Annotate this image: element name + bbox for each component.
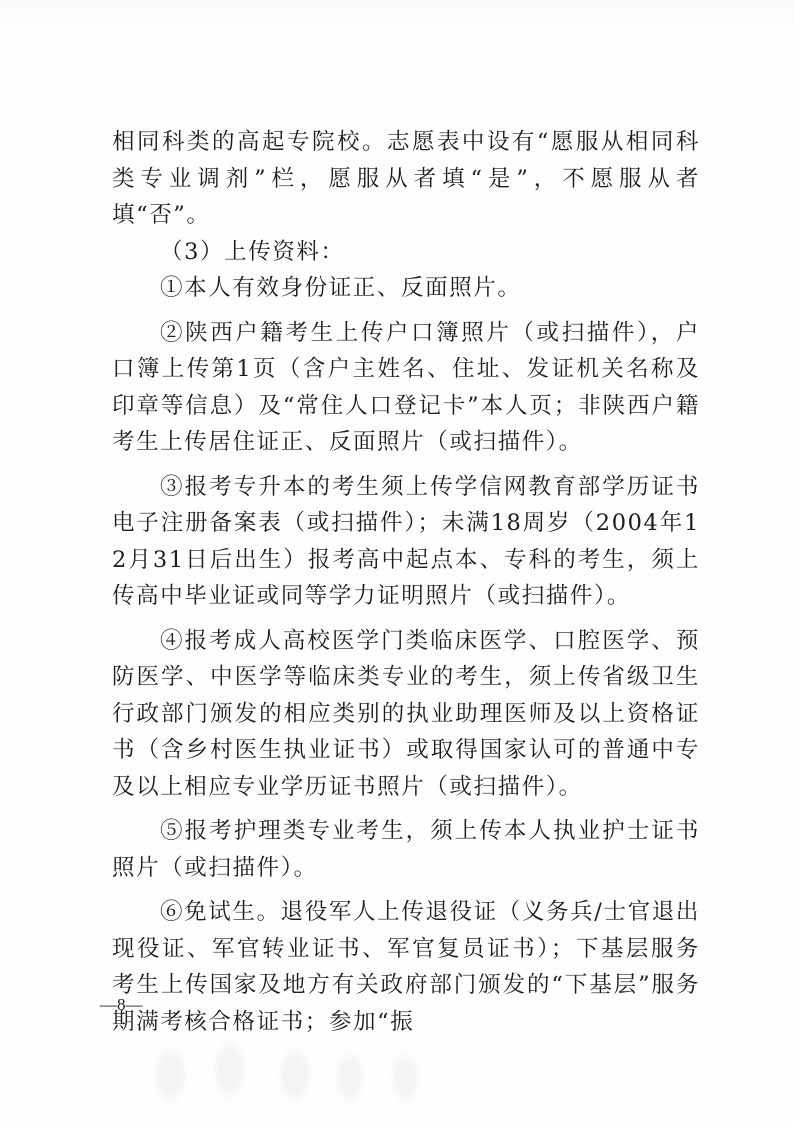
heading-upload-materials: （3）上传资料： [112, 234, 700, 271]
item-household-register: ②陕西户籍考生上传户口簿照片（或扫描件），户口簿上传第1页（含户主姓名、住址、发… [112, 315, 700, 461]
item-medical-certificate: ④报考成人高校医学门类临床医学、口腔医学、预防医学、中医学等临床类专业的考生，须… [112, 623, 700, 806]
item-exam-exempt: ⑥免试生。退役军人上传退役证（义务兵/士官退出现役证、军官转业证书、军官复员证书… [112, 894, 700, 1040]
paragraph-volunteer-adjustment: 相同科类的高起专院校。志愿表中设有“愿服从相同科类专业调剂”栏，愿服从者填“是”… [112, 124, 700, 234]
item-academic-record: ③报考专升本的考生须上传学信网教育部学历证书电子注册备案表（或扫描件）；未满18… [112, 469, 700, 615]
document-page: 相同科类的高起专院校。志愿表中设有“愿服从相同科类专业调剂”栏，愿服从者填“是”… [0, 0, 794, 1122]
page-number: —8— [100, 995, 143, 1015]
scan-bleed-top [0, 0, 794, 30]
document-body: 相同科类的高起专院校。志愿表中设有“愿服从相同科类专业调剂”栏，愿服从者填“是”… [112, 124, 700, 1040]
scan-bleed-bottom [120, 1035, 680, 1105]
item-id-card: ①本人有效身份证正、反面照片。 [112, 270, 700, 307]
item-nursing-certificate: ⑤报考护理类专业考生，须上传本人执业护士证书照片（或扫描件）。 [112, 813, 700, 886]
